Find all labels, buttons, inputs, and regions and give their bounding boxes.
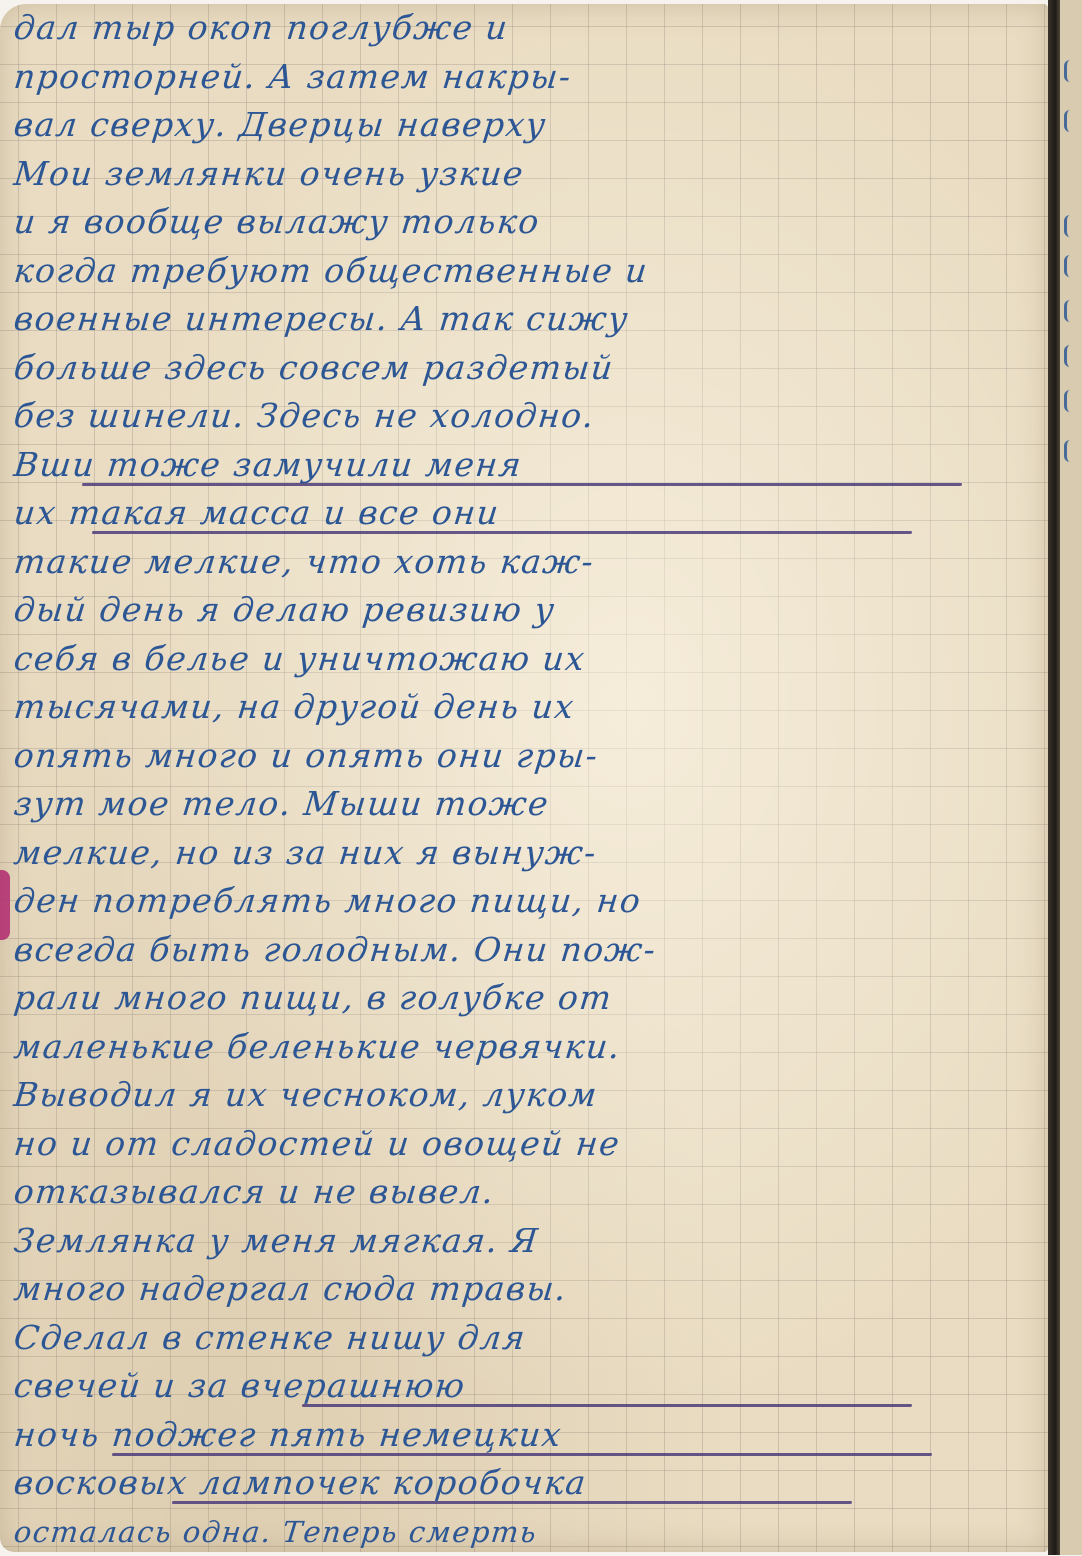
- text-line: осталась одна. Теперь смерть: [11, 1508, 1026, 1556]
- adjacent-ink-stroke: [1064, 300, 1077, 322]
- text-line-underlined: ночь поджег пять немецких: [11, 1411, 1026, 1460]
- adjacent-ink-stroke: [1064, 255, 1077, 277]
- text-line: дый день я делаю ревизию у: [11, 586, 1026, 635]
- handwritten-text: дал тыр окоп поглубже и просторней. А за…: [14, 4, 1024, 1555]
- text-line: военные интересы. А так сижу: [11, 295, 1026, 344]
- text-line-underlined: Вши тоже замучили меня: [11, 441, 1026, 490]
- text-line: без шинели. Здесь не холодно.: [11, 392, 1026, 441]
- adjacent-ink-stroke: [1064, 110, 1077, 132]
- text-line: больше здесь совсем раздетый: [11, 344, 1026, 393]
- adjacent-ink-stroke: [1064, 440, 1077, 462]
- text-line: вал сверху. Дверцы наверху: [11, 101, 1026, 150]
- text-line: Выводил я их чесноком, луком: [11, 1071, 1026, 1120]
- adjacent-page-edge: [1060, 0, 1082, 1555]
- text-line: зут мое тело. Мыши тоже: [11, 780, 1026, 829]
- ink-stain-mark: [0, 870, 10, 940]
- text-line-underlined: восковых лампочек коробочка: [11, 1459, 1026, 1508]
- adjacent-ink-stroke: [1064, 345, 1077, 367]
- text-line: мелкие, но из за них я вынуж-: [11, 829, 1026, 878]
- text-line-underlined: свечей и за вчерашнюю: [11, 1362, 1026, 1411]
- text-line-underlined: их такая масса и все они: [11, 489, 1026, 538]
- text-line: ден потреблять много пищи, но: [11, 877, 1026, 926]
- text-line: когда требуют общественные и: [11, 247, 1026, 296]
- adjacent-ink-stroke: [1064, 60, 1077, 82]
- text-line: Мои землянки очень узкие: [11, 150, 1026, 199]
- text-line: Сделал в стенке нишу для: [11, 1314, 1026, 1363]
- text-line: рали много пищи, в голубке от: [11, 974, 1026, 1023]
- text-line: много надергал сюда травы.: [11, 1265, 1026, 1314]
- text-line: просторней. А затем накры-: [11, 53, 1026, 102]
- text-line: всегда быть голодным. Они пож-: [11, 926, 1026, 975]
- text-line: отказывался и не вывел.: [11, 1168, 1026, 1217]
- text-line: и я вообще вылажу только: [11, 198, 1026, 247]
- text-line: тысячами, на другой день их: [11, 683, 1026, 732]
- notebook-binding-edge: [1048, 0, 1060, 1555]
- text-line: такие мелкие, что хоть каж-: [11, 538, 1026, 587]
- notebook-page: дал тыр окоп поглубже и просторней. А за…: [0, 4, 1048, 1552]
- text-line: но и от сладостей и овощей не: [11, 1120, 1026, 1169]
- text-line: Землянка у меня мягкая. Я: [11, 1217, 1026, 1266]
- text-line: маленькие беленькие червячки.: [11, 1023, 1026, 1072]
- text-line: дал тыр окоп поглубже и: [11, 4, 1026, 53]
- adjacent-ink-stroke: [1064, 390, 1077, 412]
- text-line: опять много и опять они гры-: [11, 732, 1026, 781]
- text-line: себя в белье и уничтожаю их: [11, 635, 1026, 684]
- adjacent-ink-stroke: [1064, 215, 1077, 237]
